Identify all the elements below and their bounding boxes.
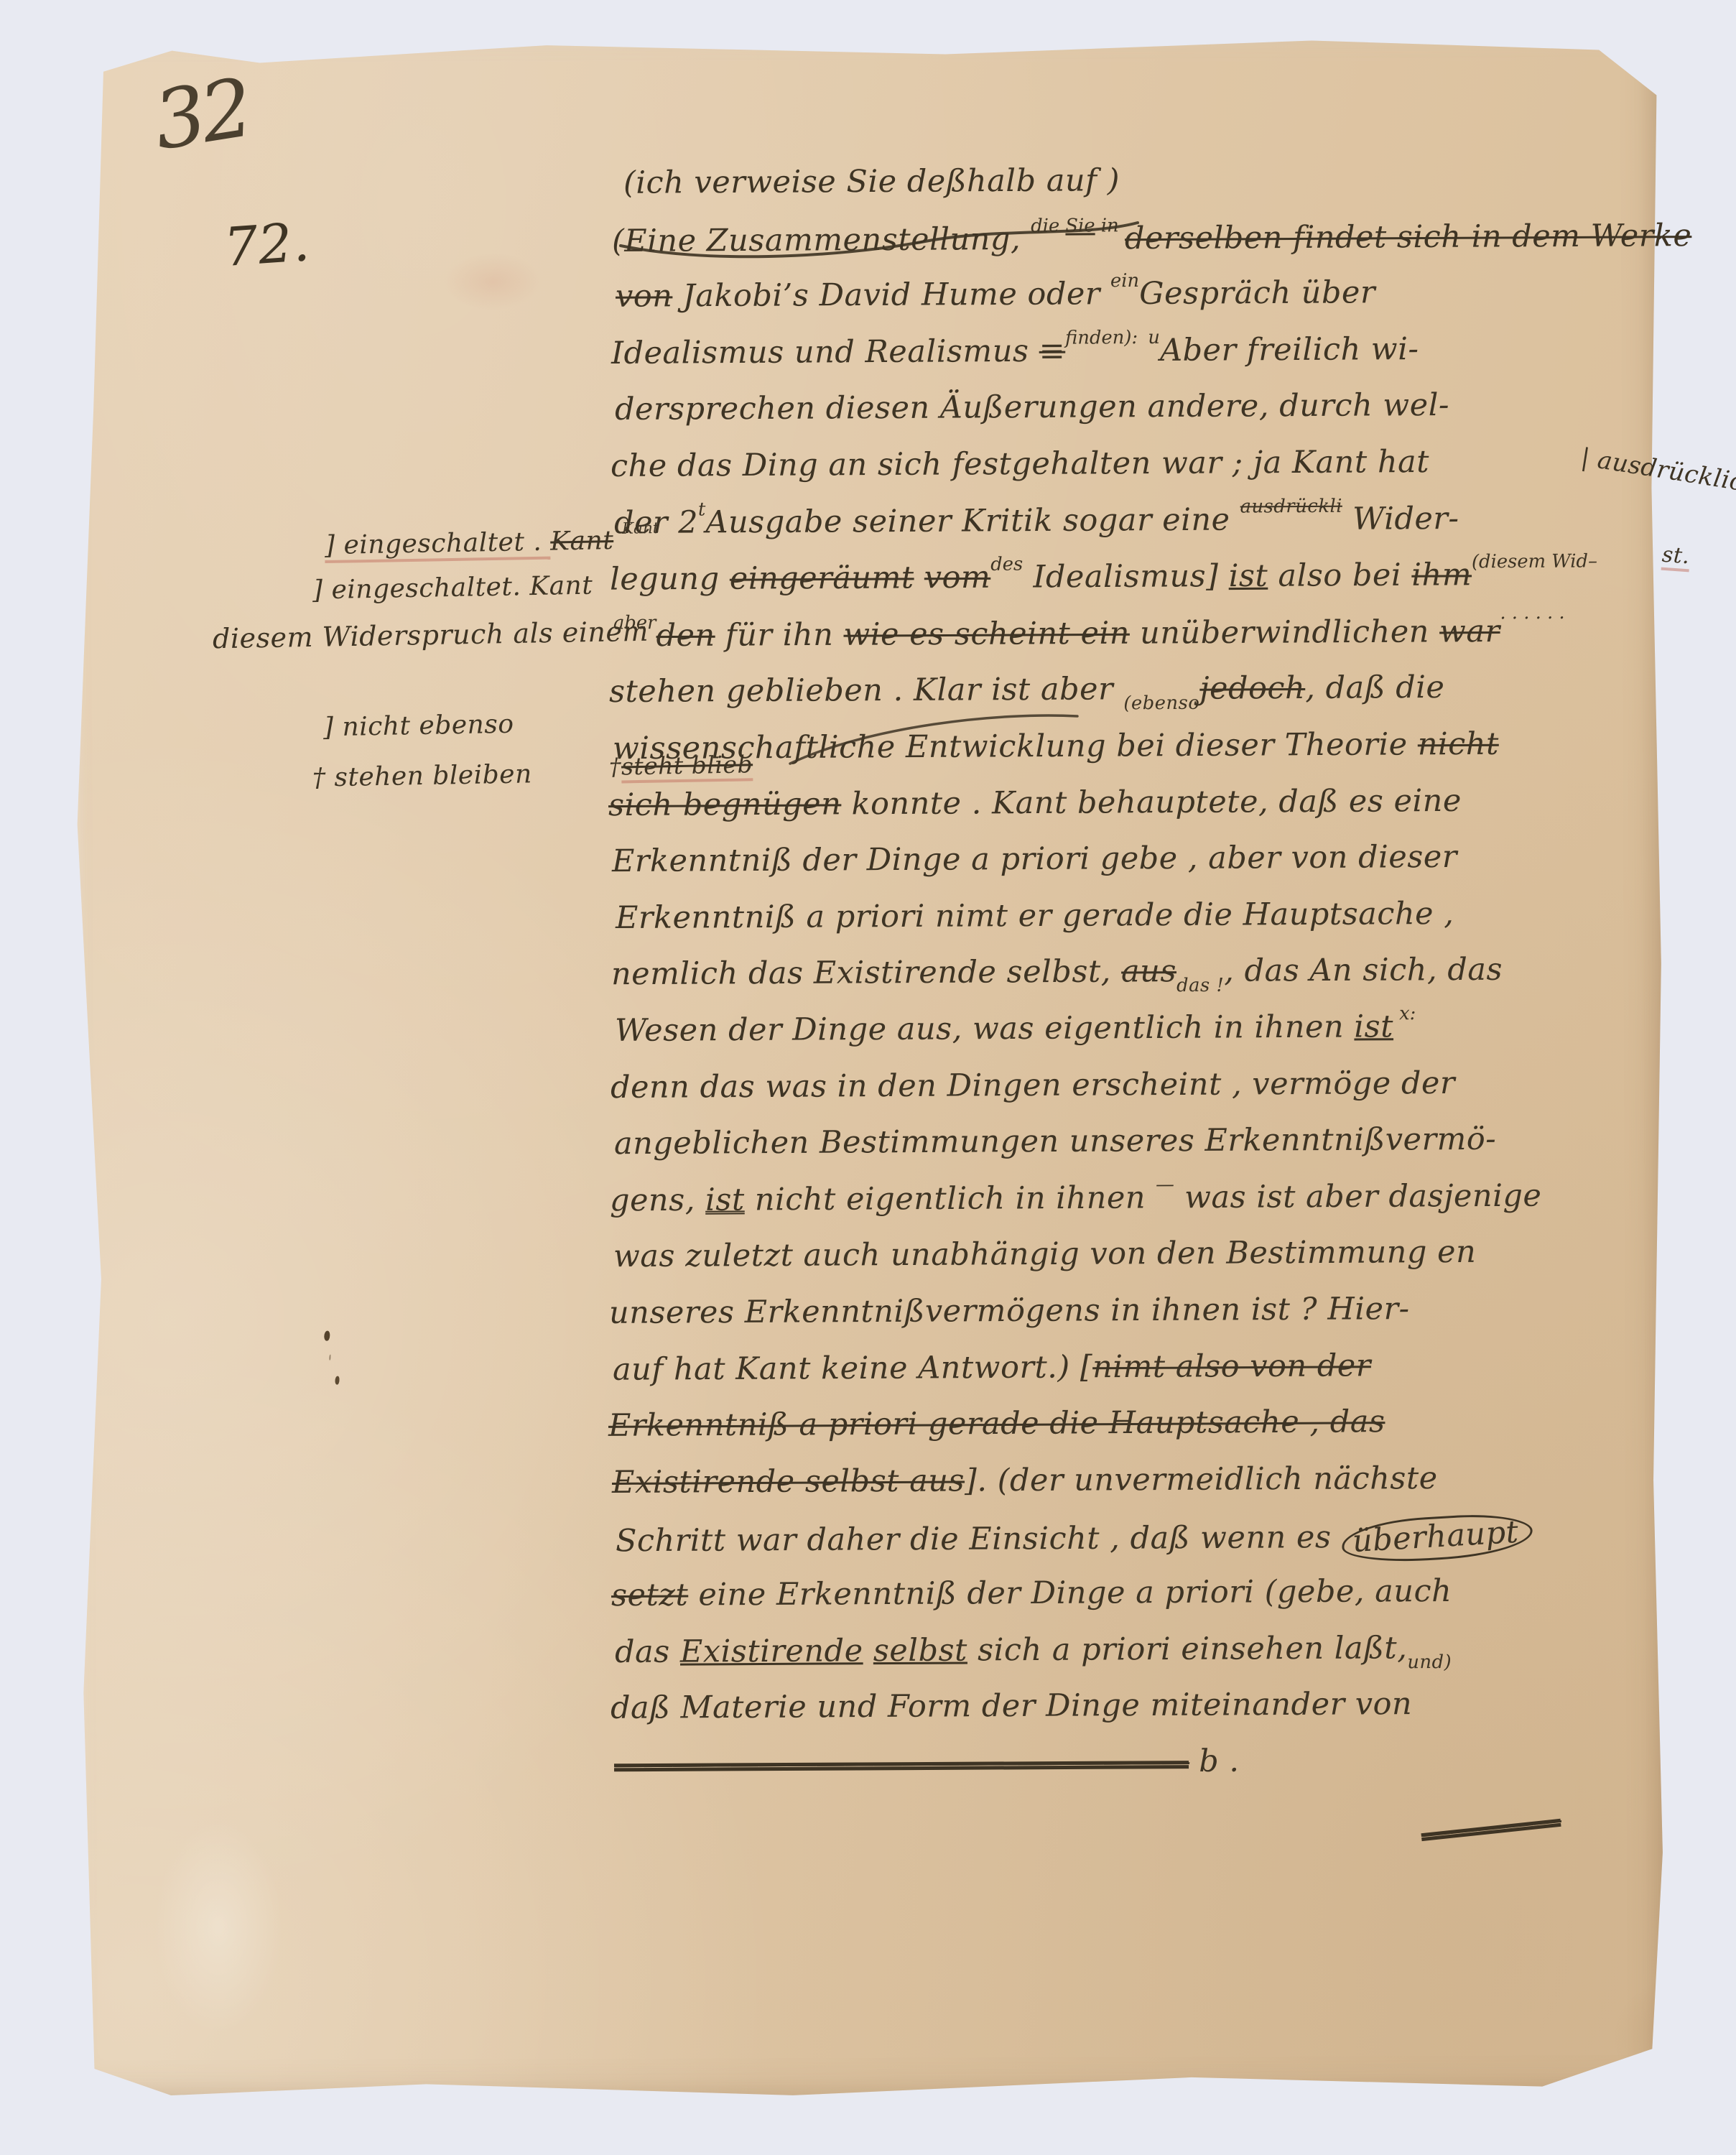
handwriting-segment: wie es scheint ein bbox=[843, 616, 1130, 653]
handwriting-segment: ] eingeschaltet . bbox=[325, 527, 551, 563]
handwriting-segment: che das Ding an sich festgehalten war ; … bbox=[611, 444, 1429, 484]
handwriting-segment: (ich verweise Sie deßhalb auf ) bbox=[623, 162, 1120, 201]
handwriting-segment: , daß die bbox=[1305, 669, 1444, 706]
handwriting-segment: Schritt war daher die Einsicht , daß wen… bbox=[616, 1519, 1342, 1559]
manuscript-text-line: das Existirende selbst sich a priori ein… bbox=[615, 1630, 1452, 1670]
handwriting-segment: Gespräch über bbox=[1139, 274, 1375, 312]
ink-specks bbox=[324, 1331, 330, 1341]
manuscript-text-line: Erkenntniß a priori nimt er gerade die H… bbox=[616, 896, 1454, 936]
handwriting-segment: , das An sich, das bbox=[1224, 952, 1503, 989]
paper-worn-patch bbox=[154, 1820, 284, 2036]
handwriting-segment: David Hume bbox=[819, 277, 1017, 313]
manuscript-text-line: che das Ding an sich festgehalten war ; … bbox=[611, 444, 1429, 484]
handwriting-segment: u bbox=[1148, 326, 1160, 348]
handwriting-segment: denn das was in den Dingen erscheint , v… bbox=[611, 1065, 1455, 1106]
handwriting-segment: x: bbox=[1393, 1003, 1416, 1024]
handwriting-segment: t bbox=[698, 499, 706, 520]
handwriting-segment: Aber freilich wi- bbox=[1160, 331, 1419, 369]
manuscript-text-line: (ich verweise Sie deßhalb auf ) bbox=[623, 162, 1120, 201]
left-margin-note: † stehen bleiben bbox=[312, 759, 532, 792]
manuscript-text-line: stehen geblieben . Klar ist aber (ebenso… bbox=[609, 669, 1445, 710]
paper-stain bbox=[442, 253, 543, 310]
handwriting-segment: vom bbox=[924, 560, 991, 595]
handwriting-segment: b . bbox=[1189, 1743, 1240, 1779]
handwriting-segment: sich a priori einsehen laßt, bbox=[967, 1630, 1408, 1668]
handwriting-segment: die bbox=[1031, 215, 1065, 236]
manuscript-text-line: Erkenntniß der Dinge a priori gebe , abe… bbox=[612, 839, 1457, 879]
handwriting-segment bbox=[613, 526, 623, 555]
handwriting-segment: das ! bbox=[1176, 975, 1224, 996]
left-margin-note: ] eingeschaltet. Kant bbox=[312, 571, 593, 606]
handwriting-segment: für ihn bbox=[715, 617, 844, 654]
manuscript-text-line: unseres Erkenntnißvermögens in ihnen ist… bbox=[609, 1291, 1410, 1331]
handwriting-segment: Erkenntniß a priori nimt er gerade die H… bbox=[616, 896, 1454, 936]
manuscript-text-line: gens, ist nicht eigentlich in ihnen — wa… bbox=[610, 1178, 1542, 1219]
handwriting-segment: des bbox=[990, 553, 1023, 575]
handwriting-segment: † stehen bleiben bbox=[312, 759, 532, 792]
corner-mark: 32 bbox=[148, 62, 255, 169]
handwriting-segment: jedoch bbox=[1199, 670, 1305, 707]
handwriting-segment bbox=[1138, 333, 1148, 369]
handwriting-segment: dersprechen diesen Äußerungen andere, du… bbox=[615, 387, 1449, 427]
handwriting-segment: Kant bbox=[622, 519, 659, 538]
handwriting-segment: Jakobi’s bbox=[672, 277, 819, 314]
handwriting-segment: war bbox=[1439, 613, 1500, 649]
handwriting-segment: ———————————————————— bbox=[614, 1743, 1189, 1782]
manuscript-text-line: (Eine Zusammenstellung, die Sie in derse… bbox=[612, 218, 1692, 259]
handwriting-segment: ≡ bbox=[1039, 333, 1066, 369]
manuscript-text-line: Wesen der Dinge aus, was eigentlich in i… bbox=[615, 1009, 1416, 1049]
handwriting-segment: · · · · · · bbox=[1500, 607, 1564, 629]
handwriting-segment: stehen geblieben . Klar ist aber bbox=[609, 671, 1124, 710]
left-margin-note: ] eingeschaltet . Kant Kant bbox=[325, 525, 659, 560]
handwriting-segment: den bbox=[656, 618, 715, 654]
manuscript-text-line: dersprechen diesen Äußerungen andere, du… bbox=[615, 387, 1449, 427]
handwriting-segment: ] eingeschaltet. Kant bbox=[312, 571, 593, 606]
handwriting-segment: Erkenntniß der Dinge a priori gebe , abe… bbox=[612, 839, 1457, 879]
handwriting-segment: (diesem Wid– bbox=[1472, 550, 1597, 573]
handwriting-segment: eingeräumt bbox=[730, 560, 914, 596]
manuscript-text-line: Schritt war daher die Einsicht , daß wen… bbox=[616, 1516, 1532, 1565]
handwriting-segment: von bbox=[616, 278, 673, 314]
handwriting-segment: ausdrückli bbox=[1240, 495, 1342, 517]
handwriting-segment: daß Materie und Form der Dinge miteinand… bbox=[611, 1686, 1412, 1726]
page-number: 72. bbox=[222, 211, 312, 279]
manuscript-text-line: setzt eine Erkenntniß der Dinge a priori… bbox=[611, 1573, 1452, 1613]
manuscript-text-line: der 2tAusgabe seiner Kritik sogar eine a… bbox=[614, 501, 1459, 541]
manuscript-text-line: angeblichen Bestimmungen unseres Erkennt… bbox=[614, 1121, 1496, 1162]
handwriting-segment: ist bbox=[705, 1182, 745, 1218]
handwriting-segment: das bbox=[615, 1634, 680, 1670]
handwriting-segment: derselben findet sich in dem Werke bbox=[1125, 218, 1692, 256]
handwriting-segment: Wesen der Dinge aus, was eigentlich in i… bbox=[615, 1009, 1355, 1049]
handwriting-segment: nemlich das Existirende selbst, bbox=[611, 954, 1121, 993]
handwriting-segment: auf hat Kant keine Antwort.) [ bbox=[613, 1349, 1092, 1387]
handwriting-segment: ]. (der unvermeidlich nächste bbox=[965, 1460, 1438, 1498]
handwriting-segment: (Eine Zusammenstellung, bbox=[612, 221, 1031, 259]
manuscript-text-line: Erkenntniß a priori gerade die Hauptsach… bbox=[608, 1404, 1385, 1444]
handwriting-segment: st. bbox=[1661, 542, 1691, 573]
manuscript-text-line: Idealismus und Realismus ≡finden): uAber… bbox=[611, 331, 1419, 371]
handwriting-segment: steht blieb bbox=[621, 750, 753, 783]
handwriting-segment: was zuletzt auch unabhängig von den Best… bbox=[613, 1234, 1476, 1274]
paper-stain bbox=[1612, 1973, 1736, 2103]
handwriting-segment: ist bbox=[1228, 558, 1268, 594]
manuscript-text-line: aberden für ihn wie es scheint ein unübe… bbox=[613, 613, 1565, 654]
manuscript-text-line: was zuletzt auch unabhängig von den Best… bbox=[613, 1234, 1476, 1274]
manuscript-text-line: legung eingeräumt vomdes Idealismus] ist… bbox=[610, 556, 1597, 597]
handwriting-segment: was ist aber dasjenige bbox=[1174, 1178, 1542, 1216]
handwriting-segment bbox=[863, 1633, 873, 1669]
handwriting-segment: setzt bbox=[611, 1577, 688, 1614]
handwriting-segment: eine Erkenntniß der Dinge a priori (gebe… bbox=[688, 1573, 1452, 1613]
handwriting-segment: oder bbox=[1017, 276, 1110, 312]
handwriting-segment: ] nicht ebenso bbox=[323, 710, 514, 743]
handwriting-segment: Erkenntniß a priori gerade die Hauptsach… bbox=[608, 1404, 1385, 1444]
handwriting-segment: aus bbox=[1121, 953, 1176, 989]
handwriting-segment: † bbox=[609, 752, 622, 780]
handwriting-segment: Existirende selbst aus bbox=[612, 1463, 965, 1501]
handwriting-segment: konnte . Kant behauptete, daß es eine bbox=[841, 783, 1462, 822]
handwriting-segment: selbst bbox=[873, 1632, 967, 1669]
handwriting-segment: unseres Erkenntnißvermögens in ihnen ist… bbox=[609, 1291, 1410, 1331]
manuscript-text-line: von Jakobi’s David Hume oder einGespräch… bbox=[616, 274, 1375, 315]
handwriting-segment: in bbox=[1095, 215, 1125, 236]
manuscript-text-line: nemlich das Existirende selbst, ausdas !… bbox=[611, 952, 1503, 992]
interlinear-note: †steht blieb bbox=[609, 750, 753, 780]
handwriting-segment: nicht bbox=[1418, 726, 1499, 763]
handwriting-segment: Existirende bbox=[680, 1633, 863, 1669]
handwriting-segment: ihm bbox=[1411, 557, 1472, 593]
left-margin-note: ] nicht ebenso bbox=[323, 710, 514, 743]
handwriting-segment: und) bbox=[1407, 1651, 1452, 1673]
handwriting-segment: ist bbox=[1354, 1009, 1393, 1044]
handwriting-segment: Idealismus] bbox=[1023, 558, 1229, 595]
handwriting-segment: Sie bbox=[1065, 215, 1095, 236]
handwriting-segment: nimt also von der bbox=[1092, 1348, 1371, 1385]
handwriting-segment: legung bbox=[610, 561, 730, 598]
manuscript-text-line: denn das was in den Dingen erscheint , v… bbox=[611, 1065, 1455, 1106]
manuscript-text-line: sich begnügen konnte . Kant behauptete, … bbox=[608, 783, 1462, 823]
manuscript-text-line: daß Materie und Form der Dinge miteinand… bbox=[611, 1686, 1412, 1726]
handwriting-segment: überhaupt bbox=[1340, 1511, 1533, 1565]
handwriting-segment: Ausgabe seiner Kritik sogar eine bbox=[705, 502, 1240, 541]
manuscript-text-line: auf hat Kant keine Antwort.) [nimt also … bbox=[613, 1348, 1371, 1388]
handwriting-segment: nicht eigentlich in ihnen bbox=[745, 1180, 1156, 1218]
handwriting-segment: also bei bbox=[1268, 557, 1411, 594]
right-margin-note: st. bbox=[1661, 542, 1691, 570]
handwriting-segment: Kant bbox=[550, 526, 614, 557]
handwriting-segment: Idealismus und Realismus bbox=[611, 333, 1039, 371]
scanned-manuscript-screenshot: { "document": { "kind": "handwritten man… bbox=[0, 0, 1736, 2155]
handwriting-segment: finden): bbox=[1065, 327, 1138, 349]
handwriting-segment: Wider- bbox=[1342, 501, 1459, 537]
manuscript-text-line: ———————————————————— b . bbox=[614, 1743, 1240, 1783]
handwriting-segment: (ebenso bbox=[1123, 692, 1199, 715]
handwriting-segment bbox=[914, 560, 924, 595]
handwriting-segment: ein bbox=[1110, 269, 1139, 291]
handwriting-segment: angeblichen Bestimmungen unseres Erkennt… bbox=[614, 1121, 1496, 1162]
manuscript-text-line: Existirende selbst aus]. (der unvermeidl… bbox=[612, 1460, 1438, 1501]
handwriting-segment: gens, bbox=[610, 1182, 705, 1219]
handwriting-segment: sich begnügen bbox=[608, 786, 842, 823]
handwriting-segment: — bbox=[1156, 1174, 1174, 1195]
handwriting-segment: unüberwindlichen bbox=[1130, 613, 1439, 651]
